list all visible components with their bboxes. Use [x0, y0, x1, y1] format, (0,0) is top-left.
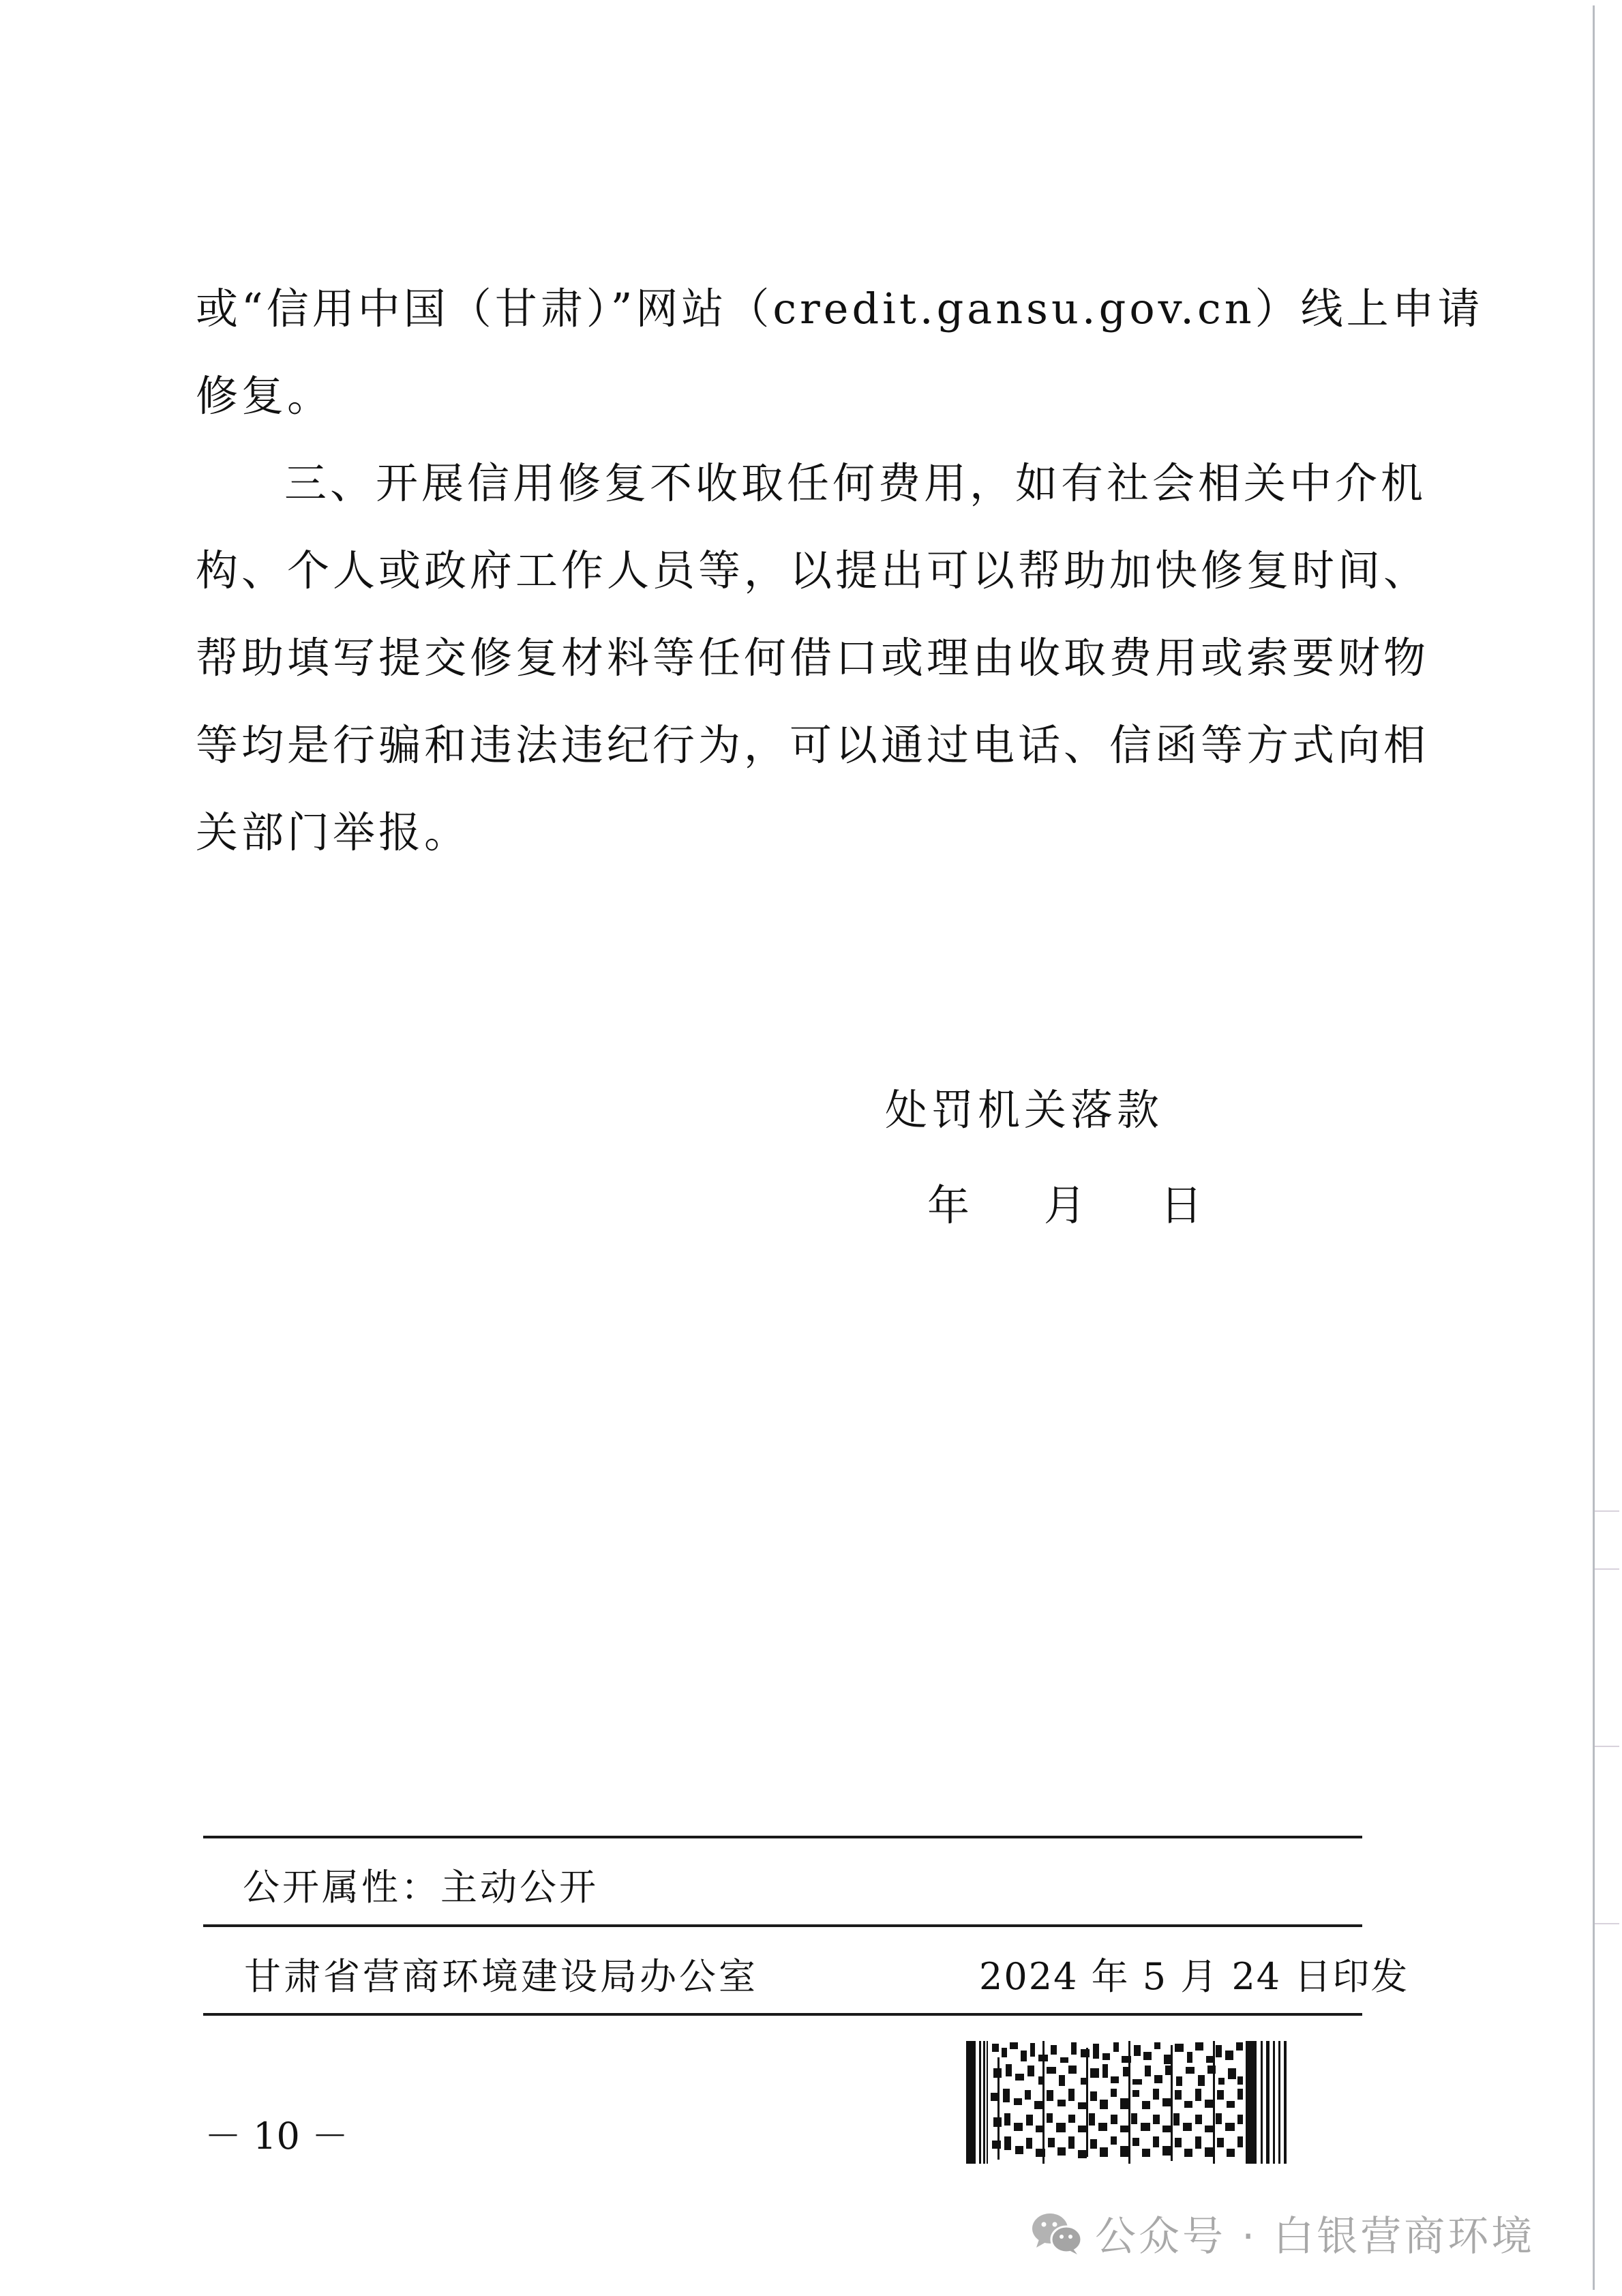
signature-issuer: 处罚机关落款 [885, 1076, 1163, 1137]
disclosure-attribute: 公开属性：主动公开 [243, 1858, 599, 1911]
edge-tick [1595, 1568, 1619, 1570]
paragraph-line: 或“信用中国（甘肃）”网站（credit.gansu.gov.cn）线上申请 [196, 265, 1355, 353]
edge-tick [1595, 1746, 1619, 1747]
edge-tick [1595, 1510, 1619, 1512]
watermark: 公众号 · 白银营商环境 [1031, 2204, 1535, 2263]
issuing-office: 甘肃省营商环境建设局办公室 [244, 1948, 758, 2000]
paragraph-line: 修复。 [196, 353, 1355, 440]
paragraph-line: 帮助填写提交修复材料等任何借口或理由收取费用或索要财物 [196, 614, 1355, 702]
footer-rule-top [203, 1836, 1362, 1838]
edge-tick [1595, 1923, 1619, 1924]
page-number: － 10 － [205, 2107, 348, 2160]
paragraph-line: 关部门举报。 [196, 789, 1355, 876]
pdf417-barcode [966, 2041, 1288, 2164]
watermark-text: 公众号 · 白银营商环境 [1095, 2204, 1535, 2263]
footer-rule-bottom [203, 2013, 1362, 2016]
footer-rule-middle [203, 1924, 1362, 1927]
wechat-icon [1031, 2211, 1084, 2256]
print-date: 2024 年 5 月 24 日印发 [979, 1948, 1409, 2000]
page-edge [1593, 5, 1595, 2290]
paragraph-line-heading: 三、开展信用修复不收取任何费用，如有社会相关中介机 [196, 440, 1355, 527]
body-text: 或“信用中国（甘肃）”网站（credit.gansu.gov.cn）线上申请 修… [196, 265, 1355, 876]
paragraph-line: 等均是行骗和违法违纪行为，可以通过电话、信函等方式向相 [196, 702, 1355, 789]
paragraph-line: 构、个人或政府工作人员等，以提出可以帮助加快修复时间、 [196, 527, 1355, 614]
signature-date: 年 月 日 [927, 1172, 1207, 1232]
